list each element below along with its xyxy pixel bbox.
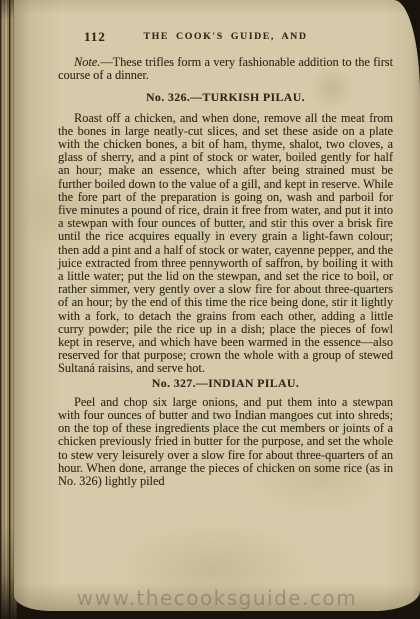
note-text: —These trifles form a very fashionable a… xyxy=(58,55,393,82)
recipe-326-heading: No. 326.—TURKISH PILAU. xyxy=(58,91,393,104)
recipe-327-heading: No. 327.—INDIAN PILAU. xyxy=(58,377,393,390)
note-paragraph: Note.—These trifles form a very fashiona… xyxy=(58,56,393,82)
page-content: 112 THE COOK'S GUIDE, AND Note.—These tr… xyxy=(14,0,420,619)
page-number: 112 xyxy=(84,30,106,43)
book-scan: 112 THE COOK'S GUIDE, AND Note.—These tr… xyxy=(0,0,420,619)
running-header-title: THE COOK'S GUIDE, AND xyxy=(58,30,393,43)
recipe-326-body: Roast off a chicken, and when done, remo… xyxy=(58,112,393,376)
watermark-text: www.thecooksguide.com xyxy=(14,586,420,610)
running-header-row: 112 THE COOK'S GUIDE, AND xyxy=(58,30,393,45)
recipe-327-body: Peel and chop six large onions, and put … xyxy=(58,396,393,488)
note-label: Note. xyxy=(74,55,100,69)
